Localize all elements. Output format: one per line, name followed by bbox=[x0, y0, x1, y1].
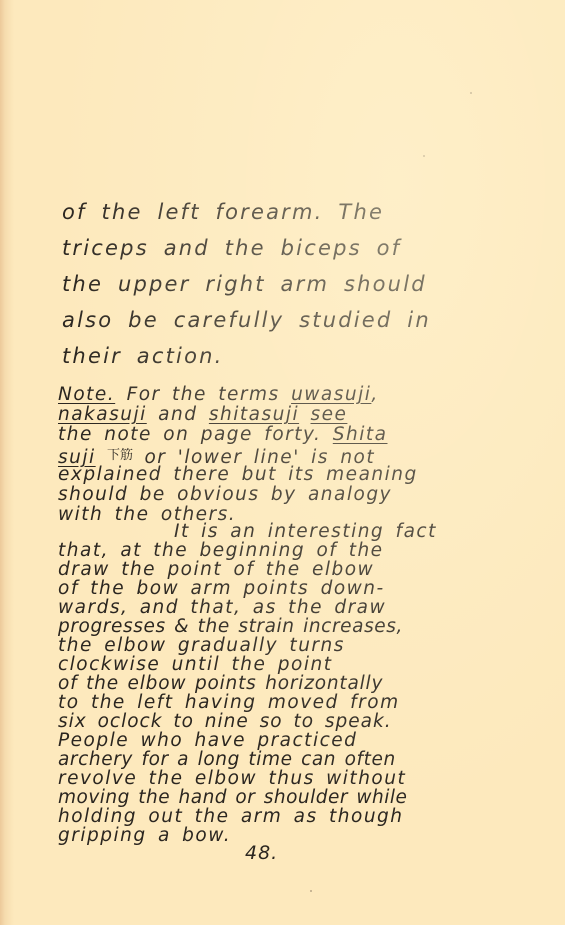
text-line: progresses & the strain increases, bbox=[58, 616, 403, 637]
text-line: gripping a bow. bbox=[58, 825, 231, 846]
text-line: of the left forearm. The bbox=[62, 200, 384, 224]
text-line: the note on page forty. Shita bbox=[58, 424, 388, 445]
text-line: of the bow arm points down- bbox=[58, 578, 385, 599]
text-line: triceps and the biceps of bbox=[62, 236, 401, 260]
handwritten-page: of the left forearm. The triceps and the… bbox=[0, 0, 565, 925]
paper-speck bbox=[470, 92, 472, 94]
text-line: that, at the beginning of the bbox=[58, 540, 384, 561]
text-line: to the left having moved from bbox=[58, 692, 400, 713]
text-line: wards, and that, as the draw bbox=[58, 597, 386, 618]
text-line: archery for a long time can often bbox=[58, 749, 396, 770]
text-line: revolve the elbow thus without bbox=[58, 768, 406, 789]
text-line: People who have practiced bbox=[58, 730, 357, 751]
text-fragment: For the terms bbox=[127, 384, 280, 405]
text-line: nakasuji and shitasuji see bbox=[58, 404, 347, 425]
term-shitasuji: shitasuji bbox=[209, 404, 299, 425]
text-line: their action. bbox=[62, 344, 224, 368]
kanji-shitasuji: 下筋 bbox=[107, 448, 133, 463]
term-shita: Shita bbox=[333, 424, 388, 445]
term-uwasuji: uwasuji bbox=[291, 384, 371, 405]
page-number: 48. bbox=[245, 842, 278, 864]
text-line: holding out the arm as though bbox=[58, 806, 404, 827]
text-line: clockwise until the point bbox=[58, 654, 332, 675]
paper-speck bbox=[423, 155, 425, 157]
term-nakasuji: nakasuji bbox=[58, 404, 147, 425]
paper-speck bbox=[310, 890, 312, 892]
text-line: draw the point of the elbow bbox=[58, 559, 374, 580]
note-label: Note. bbox=[58, 384, 115, 405]
text-line: Note. For the terms uwasuji, bbox=[58, 384, 379, 405]
text-line: It is an interesting fact bbox=[174, 521, 437, 542]
text-line: also be carefully studied in bbox=[62, 308, 431, 332]
text-fragment: and bbox=[158, 404, 197, 425]
text-line: should be obvious by analogy bbox=[58, 484, 392, 505]
text-line: of the elbow points horizontally bbox=[58, 673, 383, 694]
text-line: six oclock to nine so to speak. bbox=[58, 711, 392, 732]
text-fragment: see bbox=[311, 404, 348, 425]
text-line: explained there but its meaning bbox=[58, 464, 418, 485]
text-line: moving the hand or shoulder while bbox=[58, 787, 407, 808]
text-fragment: the note on page forty. bbox=[58, 424, 321, 445]
text-line: the elbow gradually turns bbox=[58, 635, 345, 656]
text-line: the upper right arm should bbox=[62, 272, 427, 296]
